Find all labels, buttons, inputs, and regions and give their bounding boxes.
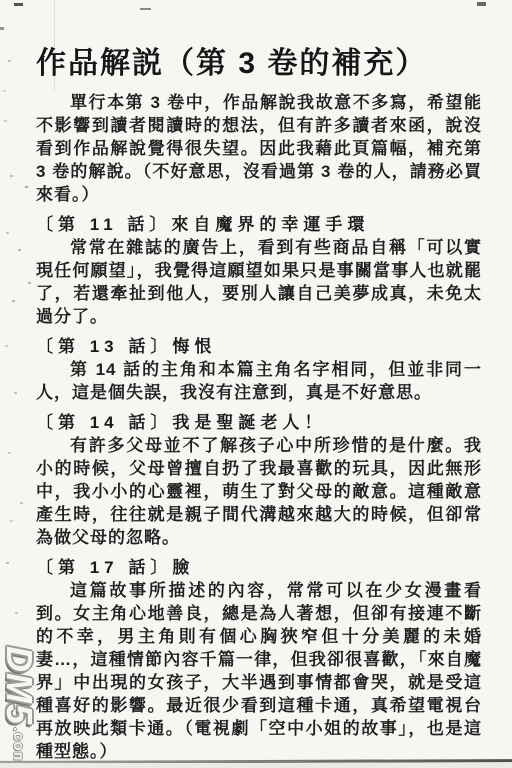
section-paragraph-chapter-13: 第 14 話的主角和本篇主角名字相同，但並非同一人，這是個失誤，我沒有注意到，真… <box>36 358 482 404</box>
section-paragraph-chapter-11: 常常在雜誌的廣告上，看到有些商品自稱「可以實現任何願望」，我覺得這願望如果只是事… <box>36 236 482 328</box>
scan-edge-mark <box>140 8 151 10</box>
scanned-book-page: 作品解説（第 3 卷的補充） 單行本第 3 卷中，作品解說我故意不多寫，希望能不… <box>0 0 512 768</box>
section-paragraph-chapter-14: 有許多父母並不了解孩子心中所珍惜的是什麼。我小的時候，父母曾擅自扔了我最喜歡的玩… <box>36 434 482 549</box>
intro-paragraph: 單行本第 3 卷中，作品解說我故意不多寫，希望能不影響到讀者閱讀時的想法，但有許… <box>36 91 482 206</box>
section-heading-chapter-11: 〔第 11 話〕來自魔界的幸運手環 <box>36 213 482 236</box>
section-heading-chapter-17: 〔第 17 話〕臉 <box>36 556 482 579</box>
page-title: 作品解説（第 3 卷的補充） <box>36 38 482 82</box>
dm5-watermark-logo-text: DM5 <box>0 646 40 725</box>
scan-noise-specks <box>0 0 3 2</box>
scan-edge-mark <box>0 27 4 30</box>
scan-edge-mark <box>477 2 486 6</box>
scan-edge-mark <box>14 3 23 6</box>
section-heading-chapter-13: 〔第 13 話〕悔恨 <box>36 335 482 358</box>
section-heading-chapter-14: 〔第 14 話〕我是聖誕老人！ <box>36 411 482 434</box>
dm5-watermark: DM5 .com <box>0 646 40 766</box>
page-content: 作品解説（第 3 卷的補充） 單行本第 3 卷中，作品解說我故意不多寫，希望能不… <box>36 38 482 763</box>
scan-bottom-strip <box>0 763 512 768</box>
section-paragraph-chapter-17: 這篇故事所描述的內容，常常可以在少女漫畫看到。女主角心地善良，總是為人著想，但卻… <box>36 579 482 763</box>
